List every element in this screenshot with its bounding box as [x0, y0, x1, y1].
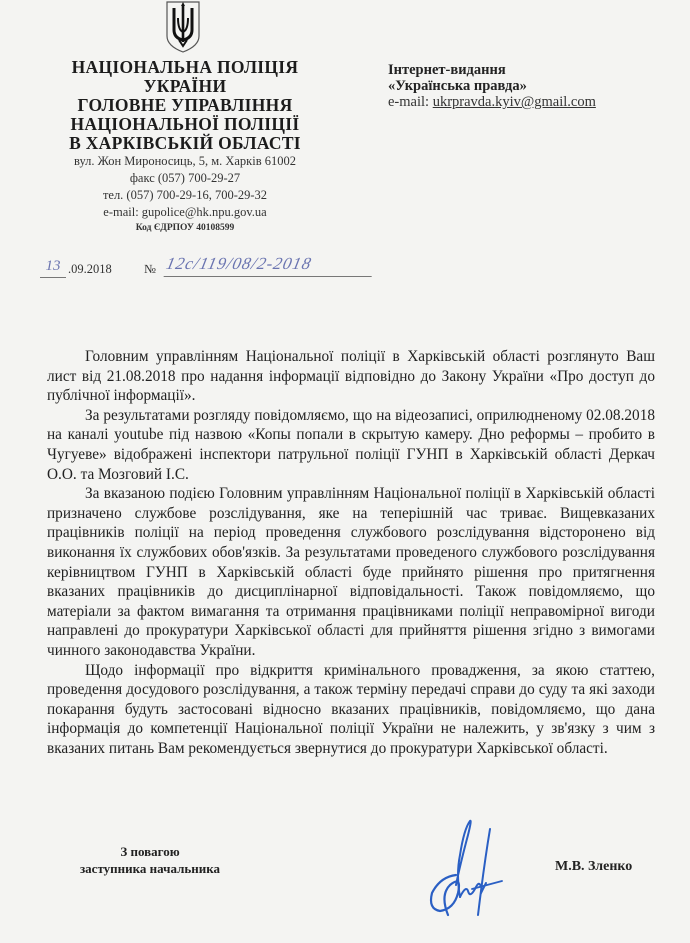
registration-date: .09.2018 [68, 262, 112, 277]
org-phone: тел. (057) 700-29-16, 700-29-32 [20, 187, 350, 204]
registration-number-label: № [144, 262, 156, 277]
closing-title: заступника начальника [40, 860, 260, 877]
letter-body: Головним управлінням Національної поліці… [47, 347, 655, 758]
recipient-email-label: e-mail: [388, 94, 433, 110]
body-paragraph-4: Щодо інформації про відкриття кримінальн… [47, 661, 655, 759]
registration-day: 13 [40, 258, 66, 278]
sender-organization-block: НАЦІОНАЛЬНА ПОЛІЦІЯ УКРАЇНИ ГОЛОВНЕ УПРА… [20, 58, 350, 235]
signer-name: М.В. Зленко [555, 859, 632, 875]
recipient-email-row: e-mail: ukrpravda.kyiv@gmail.com [388, 94, 678, 110]
handwritten-signature-icon [410, 815, 510, 925]
org-fax: факс (057) 700-29-27 [20, 170, 350, 187]
body-paragraph-3: За вказаною подією Головним управлінням … [47, 484, 655, 660]
org-edrpou-code: Код ЄДРПОУ 40108599 [20, 221, 350, 235]
closing-salutation: З повагою [40, 843, 260, 860]
org-name-line-1: НАЦІОНАЛЬНА ПОЛІЦІЯ [20, 58, 350, 77]
ukraine-trident-icon [165, 0, 201, 54]
body-paragraph-1: Головним управлінням Національної поліці… [47, 347, 655, 406]
closing-block: З повагою заступника начальника [40, 843, 260, 877]
org-name-line-3: ГОЛОВНЕ УПРАВЛІННЯ [20, 96, 350, 115]
org-email: e-mail: gupolice@hk.npu.gov.ua [20, 204, 350, 221]
registration-row: 13 .09.2018 № 12с/119/08/2-2018 [40, 258, 380, 282]
org-name-line-2: УКРАЇНИ [20, 77, 350, 96]
recipient-line-2: «Українська правда» [388, 78, 678, 94]
org-address: вул. Жон Мироносиць, 5, м. Харків 61002 [20, 153, 350, 170]
org-name-line-5: В ХАРКІВСЬКІЙ ОБЛАСТІ [20, 134, 350, 153]
body-paragraph-2: За результатами розгляду повідомляємо, щ… [47, 406, 655, 484]
recipient-block: Інтернет-видання «Українська правда» e-m… [388, 62, 678, 110]
org-name-line-4: НАЦІОНАЛЬНОЇ ПОЛІЦІЇ [20, 115, 350, 134]
registration-number: 12с/119/08/2-2018 [164, 254, 377, 277]
recipient-line-1: Інтернет-видання [388, 62, 678, 78]
recipient-email-link[interactable]: ukrpravda.kyiv@gmail.com [433, 94, 596, 110]
